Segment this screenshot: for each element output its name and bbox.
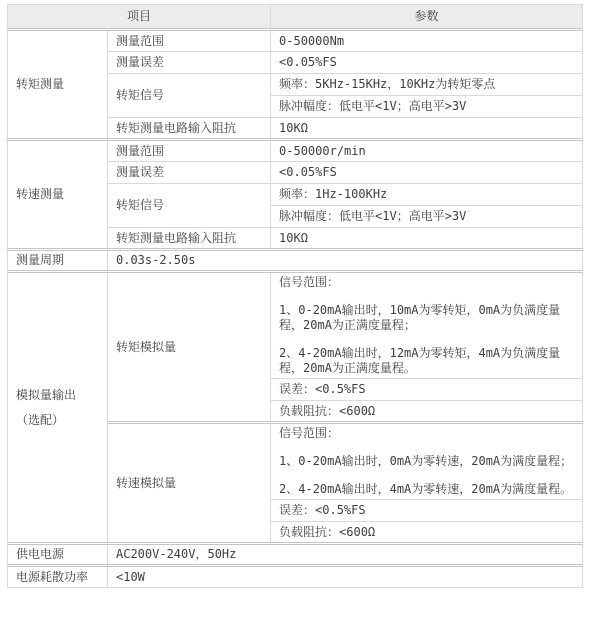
column-header-item: 项目 bbox=[8, 5, 271, 30]
page: 项目 参数 转矩测量 测量范围 0-50000Nm 测量误差 <0.05%FS … bbox=[0, 0, 589, 593]
table-row: 供电电源 AC200V-240V，50Hz bbox=[8, 544, 583, 566]
speed-analog-signal-cell: 信号范围： 1、0-20mA输出时，0mA为零转速，20mA为满度量程； 2、4… bbox=[271, 423, 583, 500]
speed-range-value: 0-50000r/min bbox=[271, 140, 583, 162]
speed-impedance-value: 10KΩ bbox=[271, 228, 583, 250]
speed-range-label: 测量范围 bbox=[108, 140, 271, 162]
spec-table: 项目 参数 转矩测量 测量范围 0-50000Nm 测量误差 <0.05%FS … bbox=[7, 4, 583, 588]
torque-signal-label: 转矩信号 bbox=[108, 74, 271, 118]
speed-section-label: 转速测量 bbox=[8, 140, 108, 250]
speed-analog-signal-item2: 2、4-20mA输出时，4mA为零转速，20mA为满度量程。 bbox=[279, 482, 578, 497]
torque-range-value: 0-50000Nm bbox=[271, 30, 583, 52]
consumption-label: 电源耗散功率 bbox=[8, 566, 108, 588]
torque-analog-label: 转矩模拟量 bbox=[108, 272, 271, 423]
table-row: 转矩测量 测量范围 0-50000Nm bbox=[8, 30, 583, 52]
table-row: 模拟量输出 （选配） 转矩模拟量 信号范围： 1、0-20mA输出时，10mA为… bbox=[8, 272, 583, 379]
torque-analog-signal-item1: 1、0-20mA输出时，10mA为零转矩，0mA为负满度量程，20mA为正满度量… bbox=[279, 303, 578, 333]
speed-analog-error: 误差：<0.5%FS bbox=[271, 500, 583, 522]
speed-analog-label: 转速模拟量 bbox=[108, 423, 271, 544]
analog-section-label-line2: （选配） bbox=[16, 408, 103, 433]
torque-impedance-label: 转矩测量电路输入阻抗 bbox=[108, 118, 271, 140]
power-label: 供电电源 bbox=[8, 544, 108, 566]
table-row: 测量周期 0.03s-2.50s bbox=[8, 250, 583, 272]
torque-error-value: <0.05%FS bbox=[271, 52, 583, 74]
speed-analog-load: 负载阻抗：<600Ω bbox=[271, 522, 583, 544]
table-row: 转速测量 测量范围 0-50000r/min bbox=[8, 140, 583, 162]
speed-analog-signal-item1: 1、0-20mA输出时，0mA为零转速，20mA为满度量程； bbox=[279, 454, 578, 469]
analog-section-label: 模拟量输出 （选配） bbox=[8, 272, 108, 544]
table-row: 电源耗散功率 <10W bbox=[8, 566, 583, 588]
analog-section-label-line1: 模拟量输出 bbox=[16, 383, 103, 408]
column-header-param: 参数 bbox=[271, 5, 583, 30]
speed-impedance-label: 转矩测量电路输入阻抗 bbox=[108, 228, 271, 250]
torque-signal-freq: 频率：5KHz-15KHz，10KHz为转矩零点 bbox=[271, 74, 583, 96]
speed-error-label: 测量误差 bbox=[108, 162, 271, 184]
torque-signal-pulse: 脉冲幅度：低电平<1V；高电平>3V bbox=[271, 96, 583, 118]
speed-signal-label: 转矩信号 bbox=[108, 184, 271, 228]
speed-signal-freq: 频率：1Hz-100KHz bbox=[271, 184, 583, 206]
header-row: 项目 参数 bbox=[8, 5, 583, 30]
torque-analog-signal-item2: 2、4-20mA输出时，12mA为零转矩，4mA为负满度量程，20mA为正满度量… bbox=[279, 346, 578, 376]
power-value: AC200V-240V，50Hz bbox=[108, 544, 583, 566]
torque-analog-signal-title: 信号范围： bbox=[279, 275, 578, 290]
cycle-value: 0.03s-2.50s bbox=[108, 250, 583, 272]
torque-analog-load: 负载阻抗：<600Ω bbox=[271, 401, 583, 423]
speed-error-value: <0.05%FS bbox=[271, 162, 583, 184]
torque-error-label: 测量误差 bbox=[108, 52, 271, 74]
torque-section-label: 转矩测量 bbox=[8, 30, 108, 140]
torque-impedance-value: 10KΩ bbox=[271, 118, 583, 140]
torque-range-label: 测量范围 bbox=[108, 30, 271, 52]
speed-signal-pulse: 脉冲幅度：低电平<1V；高电平>3V bbox=[271, 206, 583, 228]
torque-analog-error: 误差：<0.5%FS bbox=[271, 379, 583, 401]
torque-analog-signal-cell: 信号范围： 1、0-20mA输出时，10mA为零转矩，0mA为负满度量程，20m… bbox=[271, 272, 583, 379]
cycle-label: 测量周期 bbox=[8, 250, 108, 272]
consumption-value: <10W bbox=[108, 566, 583, 588]
speed-analog-signal-title: 信号范围： bbox=[279, 426, 578, 441]
